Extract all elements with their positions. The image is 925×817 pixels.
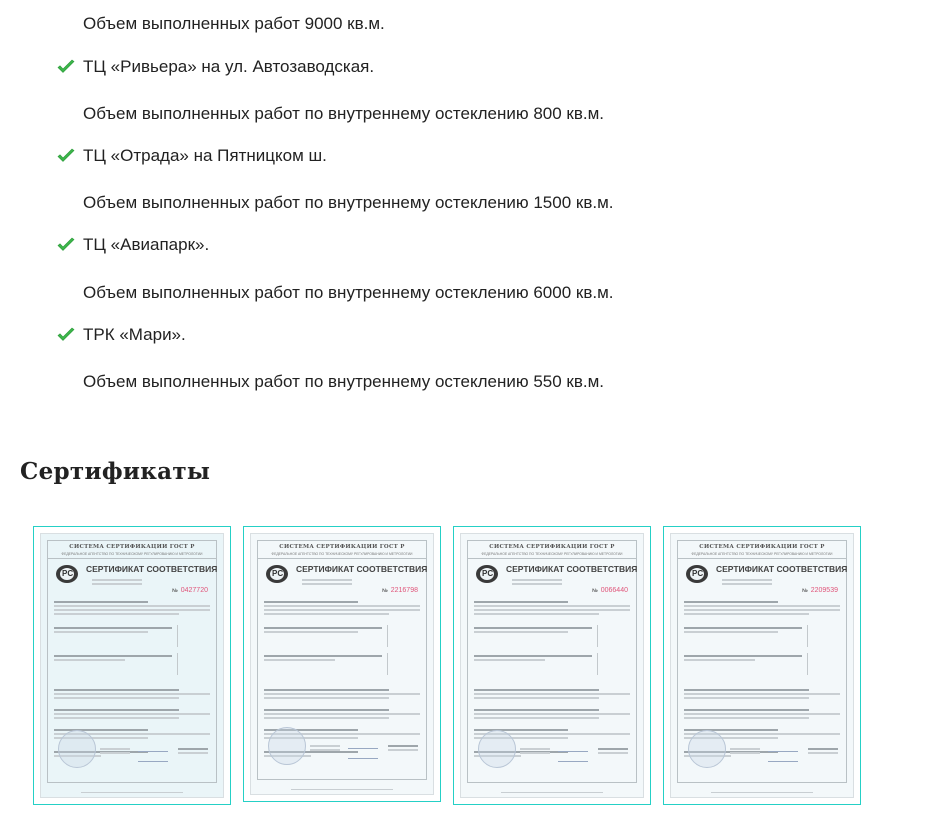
- certificates-heading: Сертификаты: [20, 458, 210, 485]
- certificate-title: СЕРТИФИКАТ СООТВЕТСТВИЯ: [296, 564, 422, 574]
- project-volume-text: Объем выполненных работ по внутреннему о…: [83, 193, 613, 213]
- certificate-image: СИСТЕМА СЕРТИФИКАЦИИ ГОСТ Р ФЕДЕРАЛЬНОЕ …: [460, 533, 644, 798]
- certificate-thumbnail[interactable]: СИСТЕМА СЕРТИФИКАЦИИ ГОСТ Р ФЕДЕРАЛЬНОЕ …: [33, 526, 231, 805]
- stamp-seal-icon: [478, 730, 516, 768]
- project-volume-text: Объем выполненных работ по внутреннему о…: [83, 104, 604, 124]
- certificate-image: СИСТЕМА СЕРТИФИКАЦИИ ГОСТ Р ФЕДЕРАЛЬНОЕ …: [670, 533, 854, 798]
- gost-logo-icon: PC: [476, 565, 498, 583]
- stamp-seal-icon: [688, 730, 726, 768]
- certificate-thumbnail[interactable]: СИСТЕМА СЕРТИФИКАЦИИ ГОСТ Р ФЕДЕРАЛЬНОЕ …: [243, 526, 441, 802]
- check-icon: [56, 327, 76, 343]
- project-volume-text: Объем выполненных работ по внутреннему о…: [83, 283, 613, 303]
- project-item: ТРК «Мари».: [56, 325, 186, 345]
- project-volume-text: Объем выполненных работ по внутреннему о…: [83, 372, 604, 392]
- certificate-system: СИСТЕМА СЕРТИФИКАЦИИ ГОСТ Р: [48, 544, 216, 550]
- check-icon: [56, 59, 76, 75]
- project-title: ТЦ «Ривьера» на ул. Автозаводская.: [83, 57, 374, 77]
- certificate-title: СЕРТИФИКАТ СООТВЕТСТВИЯ: [86, 564, 212, 574]
- stamp-seal-icon: [268, 727, 306, 765]
- gost-logo-icon: PC: [686, 565, 708, 583]
- project-item: ТЦ «Авиапарк».: [56, 235, 209, 255]
- certificate-number: №2216798: [382, 587, 418, 594]
- gost-logo-icon: PC: [266, 565, 288, 583]
- certificate-title: СЕРТИФИКАТ СООТВЕТСТВИЯ: [506, 564, 632, 574]
- certificate-number: №0066440: [592, 587, 628, 594]
- certificate-image: СИСТЕМА СЕРТИФИКАЦИИ ГОСТ Р ФЕДЕРАЛЬНОЕ …: [250, 533, 434, 795]
- certificate-agency: ФЕДЕРАЛЬНОЕ АГЕНТСТВО ПО ТЕХНИЧЕСКОМУ РЕ…: [680, 552, 844, 556]
- certificate-system: СИСТЕМА СЕРТИФИКАЦИИ ГОСТ Р: [468, 544, 636, 550]
- certificate-agency: ФЕДЕРАЛЬНОЕ АГЕНТСТВО ПО ТЕХНИЧЕСКОМУ РЕ…: [470, 552, 634, 556]
- project-volume-text: Объем выполненных работ 9000 кв.м.: [83, 14, 385, 34]
- certificate-number: №2209539: [802, 587, 838, 594]
- certificate-number: №0427720: [172, 587, 208, 594]
- project-title: ТРК «Мари».: [83, 325, 186, 345]
- project-item: ТЦ «Отрада» на Пятницком ш.: [56, 146, 327, 166]
- certificate-title: СЕРТИФИКАТ СООТВЕТСТВИЯ: [716, 564, 842, 574]
- certificate-thumbnail[interactable]: СИСТЕМА СЕРТИФИКАЦИИ ГОСТ Р ФЕДЕРАЛЬНОЕ …: [453, 526, 651, 805]
- certificate-image: СИСТЕМА СЕРТИФИКАЦИИ ГОСТ Р ФЕДЕРАЛЬНОЕ …: [40, 533, 224, 798]
- certificate-system: СИСТЕМА СЕРТИФИКАЦИИ ГОСТ Р: [678, 544, 846, 550]
- certificate-agency: ФЕДЕРАЛЬНОЕ АГЕНТСТВО ПО ТЕХНИЧЕСКОМУ РЕ…: [50, 552, 214, 556]
- project-title: ТЦ «Отрада» на Пятницком ш.: [83, 146, 327, 166]
- project-item: ТЦ «Ривьера» на ул. Автозаводская.: [56, 57, 374, 77]
- certificate-system: СИСТЕМА СЕРТИФИКАЦИИ ГОСТ Р: [258, 544, 426, 550]
- gost-logo-icon: PC: [56, 565, 78, 583]
- stamp-seal-icon: [58, 730, 96, 768]
- project-title: ТЦ «Авиапарк».: [83, 235, 209, 255]
- certificate-agency: ФЕДЕРАЛЬНОЕ АГЕНТСТВО ПО ТЕХНИЧЕСКОМУ РЕ…: [260, 552, 424, 556]
- check-icon: [56, 237, 76, 253]
- check-icon: [56, 148, 76, 164]
- certificate-thumbnail[interactable]: СИСТЕМА СЕРТИФИКАЦИИ ГОСТ Р ФЕДЕРАЛЬНОЕ …: [663, 526, 861, 805]
